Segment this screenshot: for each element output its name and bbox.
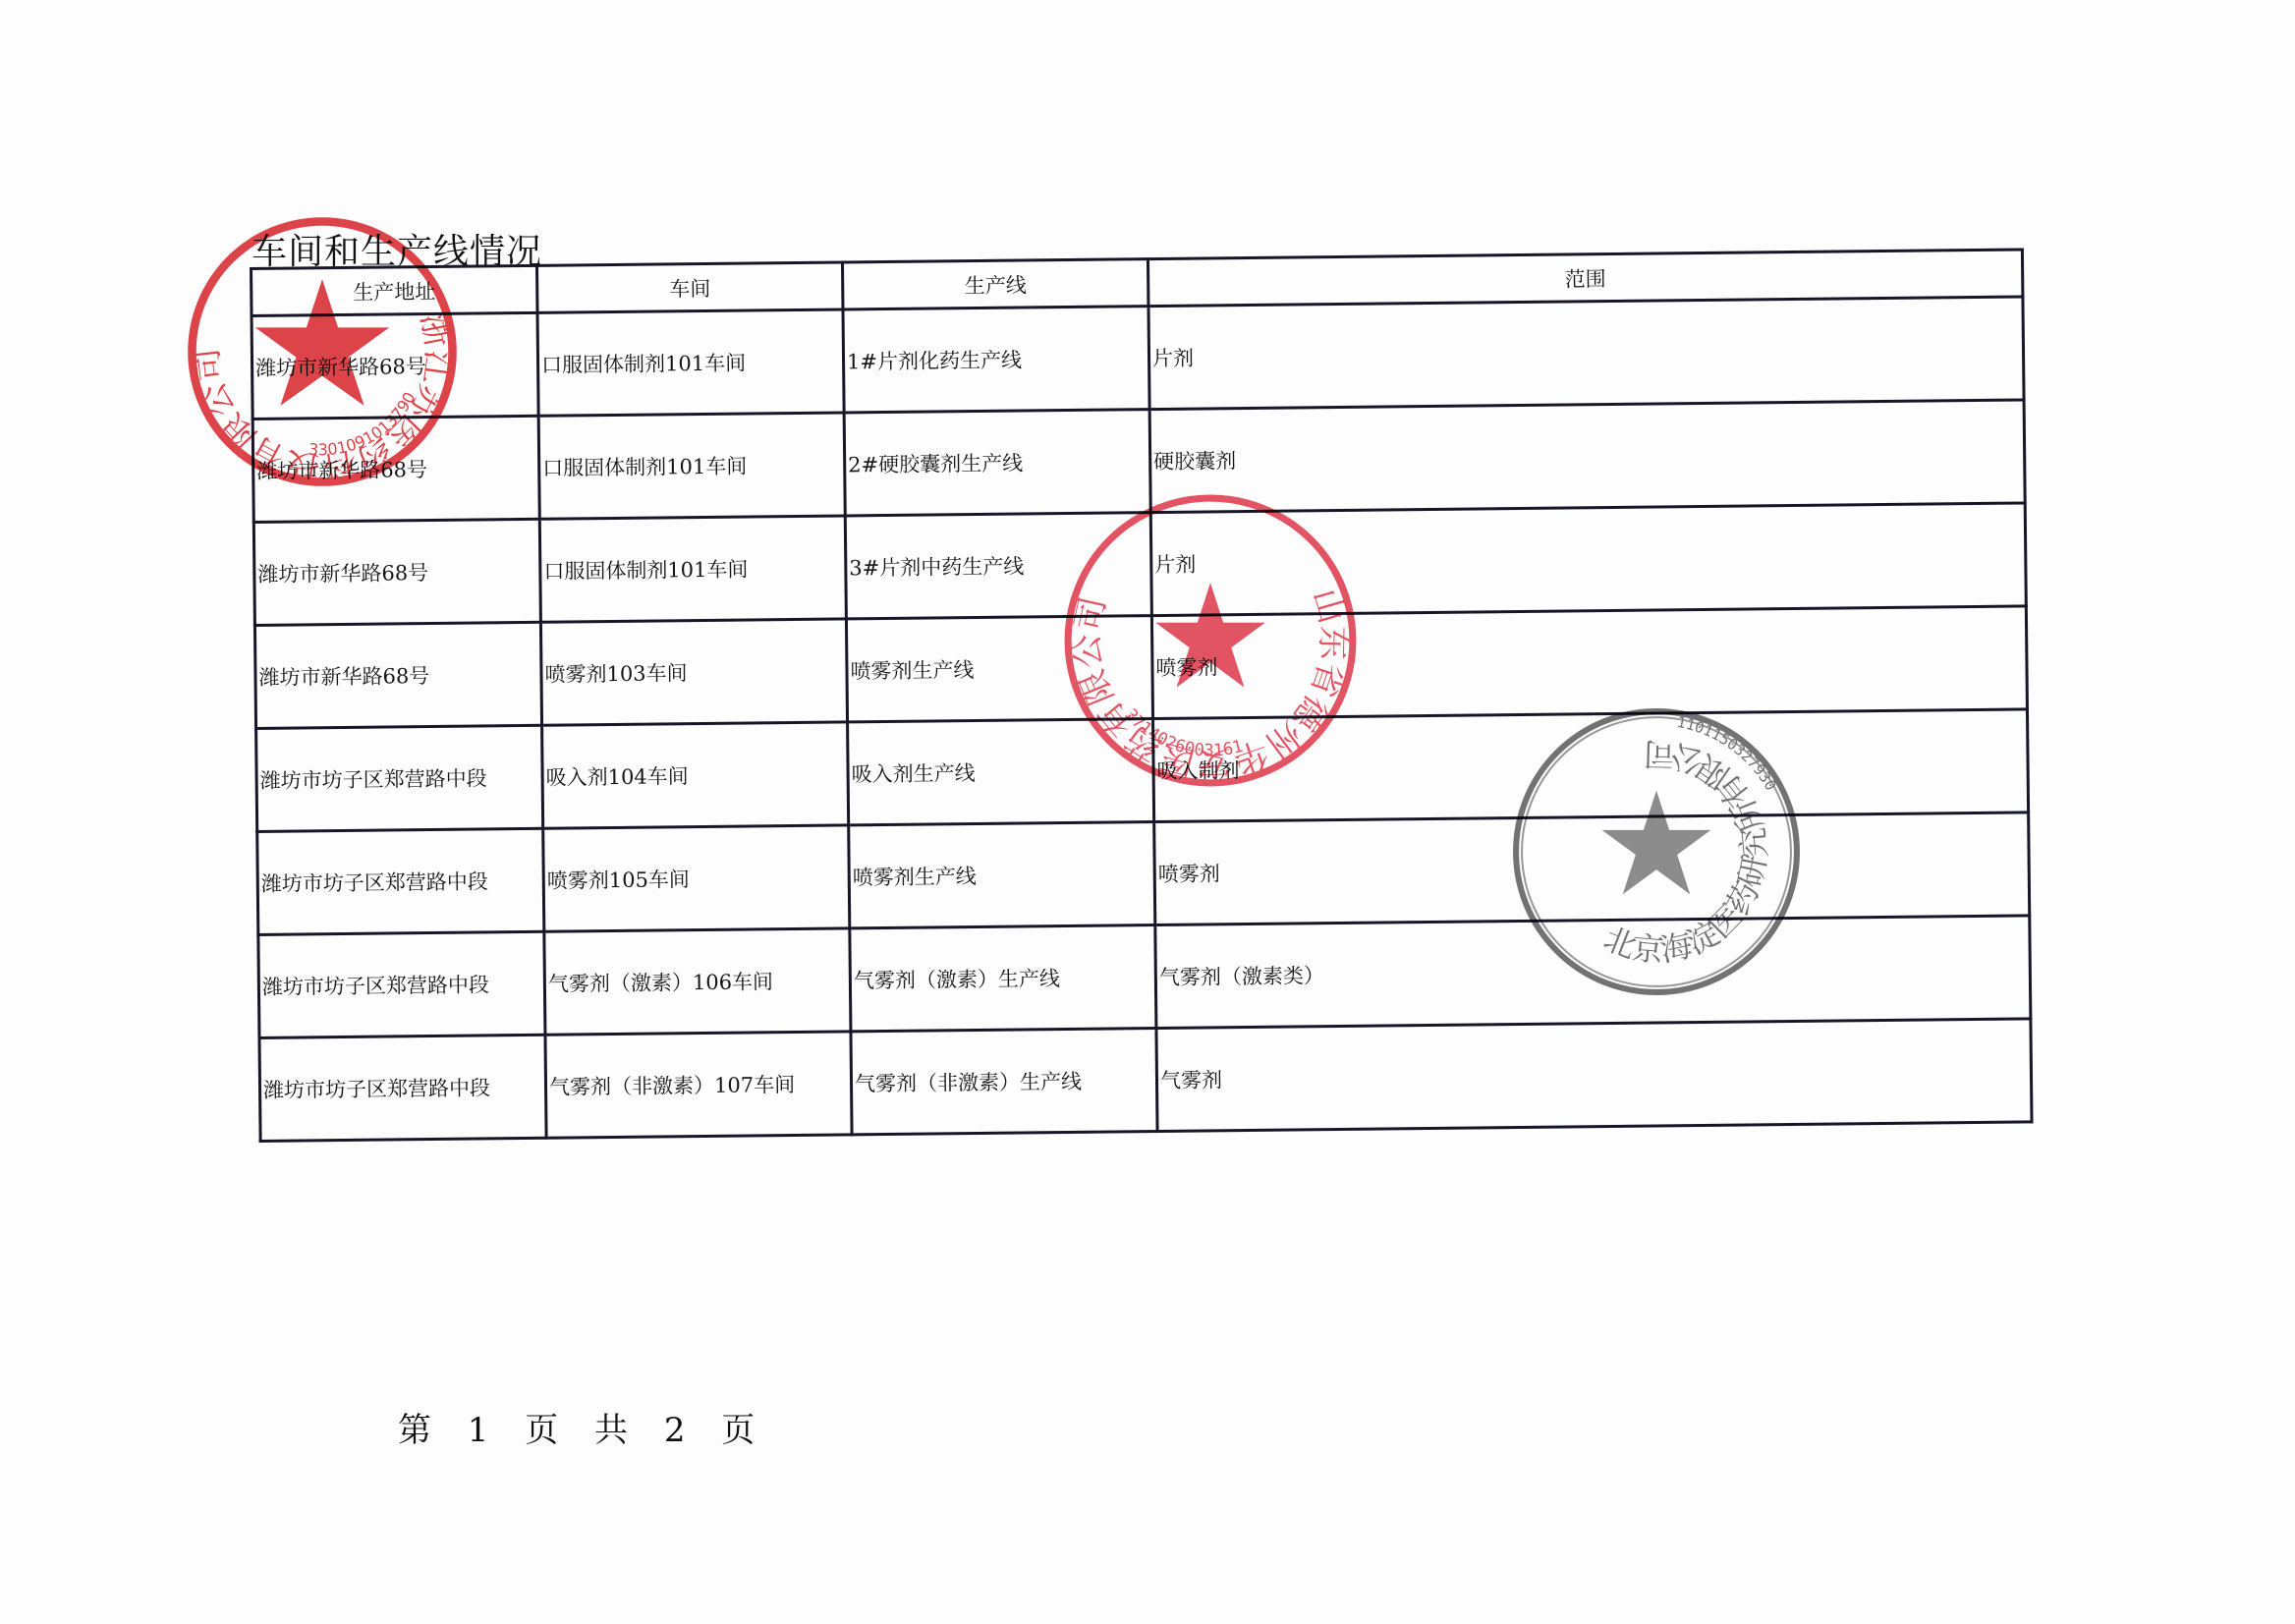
table-row: 潍坊市坊子区郑营路中段气雾剂（非激素）107车间气雾剂（非激素）生产线气雾剂 bbox=[259, 1019, 2032, 1142]
table-row: 潍坊市新华路68号口服固体制剂101车间3#片剂中药生产线片剂 bbox=[253, 503, 2026, 626]
table-row: 潍坊市新华路68号口服固体制剂101车间2#硬胶囊剂生产线硬胶囊剂 bbox=[252, 400, 2025, 523]
cell-production-line: 喷雾剂生产线 bbox=[849, 822, 1155, 928]
page-number: 第 1 页 共 2 页 bbox=[398, 1403, 762, 1451]
workshop-table-container: 生产地址 车间 生产线 范围 潍坊市新华路68号口服固体制剂101车间1#片剂化… bbox=[250, 248, 2034, 1142]
cell-scope: 片剂 bbox=[1148, 297, 2024, 410]
cell-workshop: 喷雾剂105车间 bbox=[543, 825, 850, 931]
cell-scope: 气雾剂 bbox=[1156, 1019, 2032, 1132]
cell-address: 潍坊市新华路68号 bbox=[254, 622, 541, 728]
cell-address: 潍坊市新华路68号 bbox=[252, 416, 539, 522]
cell-scope: 硬胶囊剂 bbox=[1149, 400, 2025, 513]
cell-address: 潍坊市坊子区郑营路中段 bbox=[256, 725, 543, 831]
table-body: 潍坊市新华路68号口服固体制剂101车间1#片剂化药生产线片剂潍坊市新华路68号… bbox=[252, 297, 2032, 1141]
cell-production-line: 气雾剂（激素）生产线 bbox=[850, 925, 1156, 1032]
header-workshop: 车间 bbox=[536, 262, 843, 312]
cell-workshop: 气雾剂（激素）106车间 bbox=[544, 928, 851, 1035]
cell-workshop: 口服固体制剂101车间 bbox=[538, 413, 845, 519]
header-production-line: 生产线 bbox=[842, 259, 1148, 309]
cell-scope: 气雾剂（激素类） bbox=[1155, 916, 2031, 1029]
cell-address: 潍坊市坊子区郑营路中段 bbox=[259, 1035, 546, 1141]
cell-production-line: 气雾剂（非激素）生产线 bbox=[851, 1029, 1157, 1135]
table-row: 潍坊市坊子区郑营路中段气雾剂（激素）106车间气雾剂（激素）生产线气雾剂（激素类… bbox=[258, 916, 2031, 1038]
cell-production-line: 喷雾剂生产线 bbox=[846, 616, 1152, 722]
cell-production-line: 2#硬胶囊剂生产线 bbox=[844, 410, 1150, 516]
cell-workshop: 口服固体制剂101车间 bbox=[539, 516, 846, 622]
table-row: 潍坊市新华路68号喷雾剂103车间喷雾剂生产线喷雾剂 bbox=[254, 606, 2027, 729]
cell-scope: 片剂 bbox=[1150, 503, 2026, 616]
header-address: 生产地址 bbox=[252, 265, 538, 315]
cell-address: 潍坊市坊子区郑营路中段 bbox=[258, 931, 545, 1037]
cell-workshop: 喷雾剂103车间 bbox=[540, 619, 847, 725]
cell-address: 潍坊市新华路68号 bbox=[252, 312, 538, 419]
cell-workshop: 吸入剂104车间 bbox=[542, 722, 849, 828]
workshop-table: 生产地址 车间 生产线 范围 潍坊市新华路68号口服固体制剂101车间1#片剂化… bbox=[250, 248, 2034, 1142]
cell-production-line: 吸入剂生产线 bbox=[848, 719, 1154, 825]
cell-production-line: 3#片剂中药生产线 bbox=[845, 513, 1151, 619]
table-row: 潍坊市坊子区郑营路中段吸入剂104车间吸入剂生产线吸入制剂 bbox=[256, 709, 2029, 832]
cell-workshop: 气雾剂（非激素）107车间 bbox=[545, 1032, 852, 1138]
cell-scope: 吸入制剂 bbox=[1153, 709, 2029, 822]
cell-address: 潍坊市新华路68号 bbox=[253, 519, 540, 625]
cell-workshop: 口服固体制剂101车间 bbox=[537, 309, 844, 416]
cell-address: 潍坊市坊子区郑营路中段 bbox=[257, 828, 544, 934]
table-row: 潍坊市坊子区郑营路中段喷雾剂105车间喷雾剂生产线喷雾剂 bbox=[257, 812, 2030, 935]
cell-production-line: 1#片剂化药生产线 bbox=[843, 307, 1149, 413]
cell-scope: 喷雾剂 bbox=[1154, 812, 2030, 925]
table-row: 潍坊市新华路68号口服固体制剂101车间1#片剂化药生产线片剂 bbox=[252, 297, 2024, 420]
cell-scope: 喷雾剂 bbox=[1151, 606, 2027, 719]
